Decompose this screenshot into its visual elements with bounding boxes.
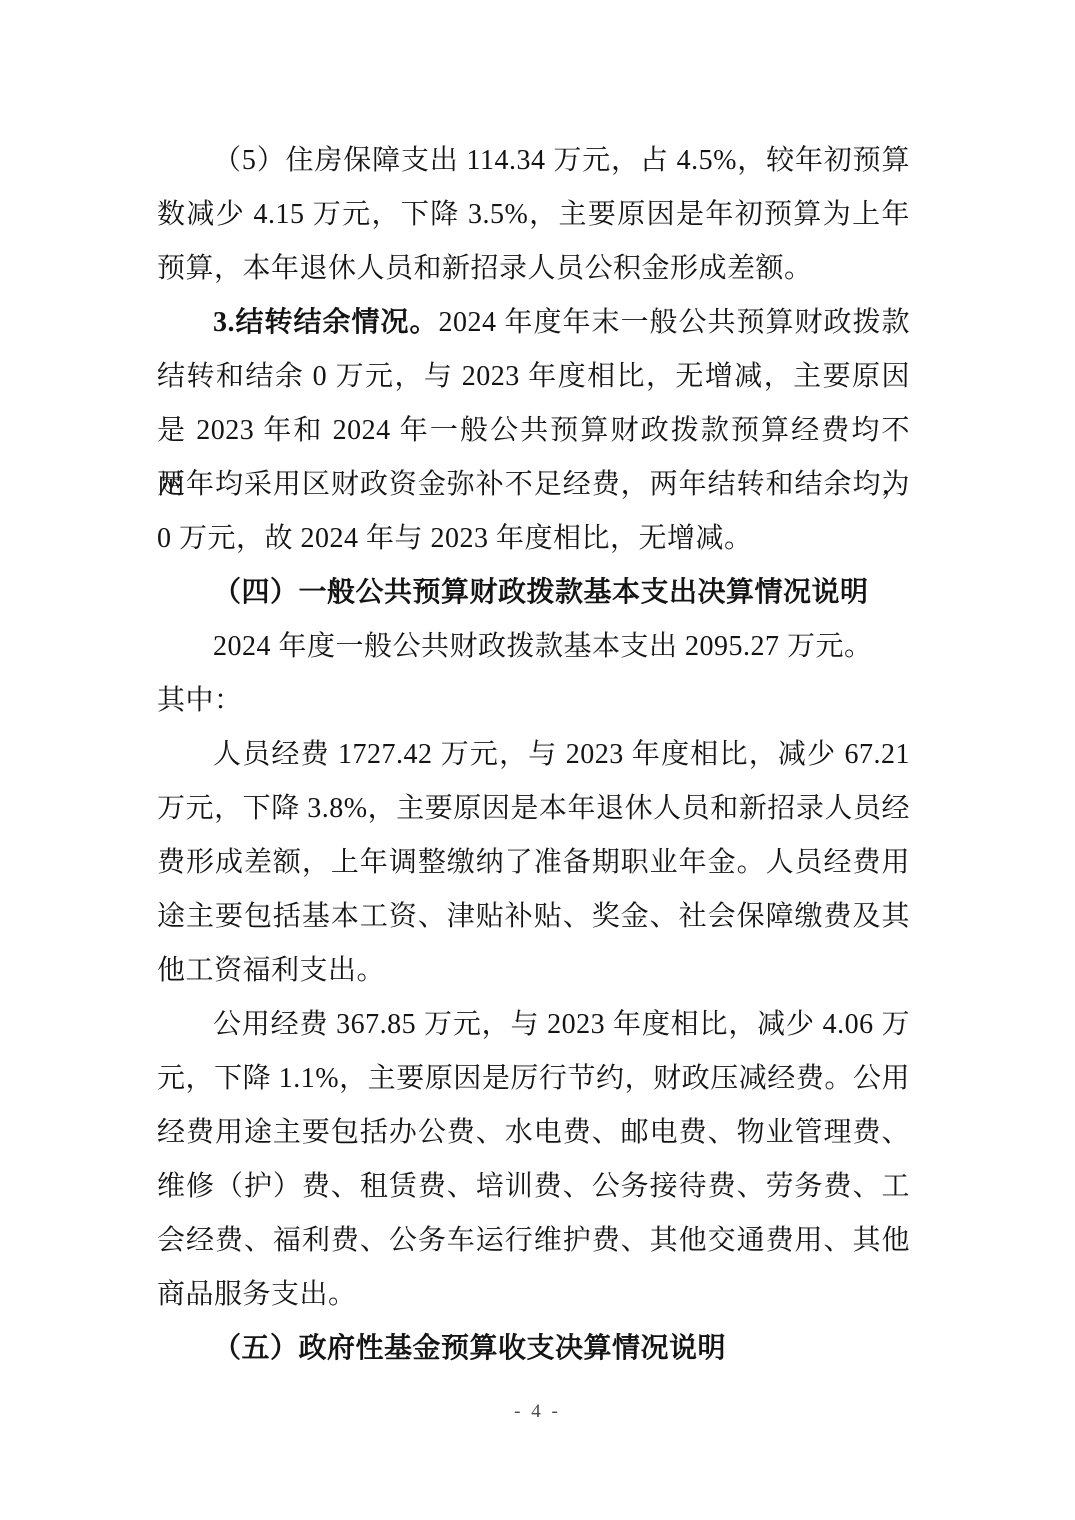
text-line: 2024 年度一般公共财政拨款基本支出 2095.27 万元。 xyxy=(157,620,910,674)
document-body: （5）住房保障支出 114.34 万元，占 4.5%，较年初预算数减少 4.15… xyxy=(157,134,910,1376)
text-segment: 预算，本年退休人员和新招录人员公积金形成差额。 xyxy=(157,253,813,284)
text-line: 预算，本年退休人员和新招录人员公积金形成差额。 xyxy=(157,242,910,296)
text-segment: 元，下降 1.1%，主要原因是厉行节约，财政压减经费。公用 xyxy=(157,1063,910,1094)
document-page: （5）住房保障支出 114.34 万元，占 4.5%，较年初预算数减少 4.15… xyxy=(0,0,1075,1520)
text-segment: 人员经费 1727.42 万元，与 2023 年度相比，减少 67.21 xyxy=(213,739,910,770)
text-line: （5）住房保障支出 114.34 万元，占 4.5%，较年初预算 xyxy=(157,134,910,188)
text-segment: 经费用途主要包括办公费、水电费、邮电费、物业管理费、 xyxy=(157,1117,910,1148)
text-segment: （五）政府性基金预算收支决算情况说明 xyxy=(213,1333,726,1364)
text-line: 经费用途主要包括办公费、水电费、邮电费、物业管理费、 xyxy=(157,1106,910,1160)
text-line: 元，下降 1.1%，主要原因是厉行节约，财政压减经费。公用 xyxy=(157,1052,910,1106)
text-line: 会经费、福利费、公务车运行维护费、其他交通费用、其他 xyxy=(157,1214,910,1268)
text-line: 商品服务支出。 xyxy=(157,1268,910,1322)
text-segment: 2024 年度一般公共财政拨款基本支出 2095.27 万元。 xyxy=(213,631,873,662)
text-segment: 费形成差额，上年调整缴纳了准备期职业年金。人员经费用 xyxy=(157,847,910,878)
text-segment: 数减少 4.15 万元，下降 3.5%，主要原因是年初预算为上年 xyxy=(157,199,910,230)
text-line: 0 万元，故 2024 年与 2023 年度相比，无增减。 xyxy=(157,512,910,566)
section-heading: （五）政府性基金预算收支决算情况说明 xyxy=(157,1322,910,1376)
page-number: - 4 - xyxy=(0,1398,1075,1426)
text-line: 他工资福利支出。 xyxy=(157,944,910,998)
text-segment: （5）住房保障支出 114.34 万元，占 4.5%，较年初预算 xyxy=(213,145,910,176)
text-line: 是 2023 年和 2024 年一般公共预算财政拨款预算经费均不足， xyxy=(157,404,910,458)
text-line: 人员经费 1727.42 万元，与 2023 年度相比，减少 67.21 xyxy=(157,728,910,782)
text-line: 其中： xyxy=(157,674,910,728)
section-heading: （四）一般公共预算财政拨款基本支出决算情况说明 xyxy=(157,566,910,620)
text-segment: 公用经费 367.85 万元，与 2023 年度相比，减少 4.06 万 xyxy=(213,1009,910,1040)
text-segment: 3.结转结余情况。 xyxy=(213,307,439,338)
text-line: 公用经费 367.85 万元，与 2023 年度相比，减少 4.06 万 xyxy=(157,998,910,1052)
text-segment: （四）一般公共预算财政拨款基本支出决算情况说明 xyxy=(213,577,869,608)
text-segment: 万元，下降 3.8%，主要原因是本年退休人员和新招录人员经 xyxy=(157,793,910,824)
text-line: 维修（护）费、租赁费、培训费、公务接待费、劳务费、工 xyxy=(157,1160,910,1214)
text-line: 结转和结余 0 万元，与 2023 年度相比，无增减，主要原因 xyxy=(157,350,910,404)
text-segment: 商品服务支出。 xyxy=(157,1279,357,1310)
text-line: 万元，下降 3.8%，主要原因是本年退休人员和新招录人员经 xyxy=(157,782,910,836)
text-segment: 两年均采用区财政资金弥补不足经费，两年结转和结余均为 xyxy=(157,469,910,500)
text-segment: 0 万元，故 2024 年与 2023 年度相比，无增减。 xyxy=(157,523,753,554)
text-segment: 其中： xyxy=(157,685,243,716)
text-segment: 途主要包括基本工资、津贴补贴、奖金、社会保障缴费及其 xyxy=(157,901,910,932)
text-line: 费形成差额，上年调整缴纳了准备期职业年金。人员经费用 xyxy=(157,836,910,890)
text-segment: 维修（护）费、租赁费、培训费、公务接待费、劳务费、工 xyxy=(157,1171,910,1202)
text-line: 数减少 4.15 万元，下降 3.5%，主要原因是年初预算为上年 xyxy=(157,188,910,242)
text-line: 两年均采用区财政资金弥补不足经费，两年结转和结余均为 xyxy=(157,458,910,512)
text-segment: 他工资福利支出。 xyxy=(157,955,385,986)
text-line: 途主要包括基本工资、津贴补贴、奖金、社会保障缴费及其 xyxy=(157,890,910,944)
text-segment: 结转和结余 0 万元，与 2023 年度相比，无增减，主要原因 xyxy=(157,361,910,392)
text-line: 3.结转结余情况。2024 年度年末一般公共预算财政拨款 xyxy=(157,296,910,350)
text-segment: 会经费、福利费、公务车运行维护费、其他交通费用、其他 xyxy=(157,1225,910,1256)
text-segment: 2024 年度年末一般公共预算财政拨款 xyxy=(439,307,910,338)
